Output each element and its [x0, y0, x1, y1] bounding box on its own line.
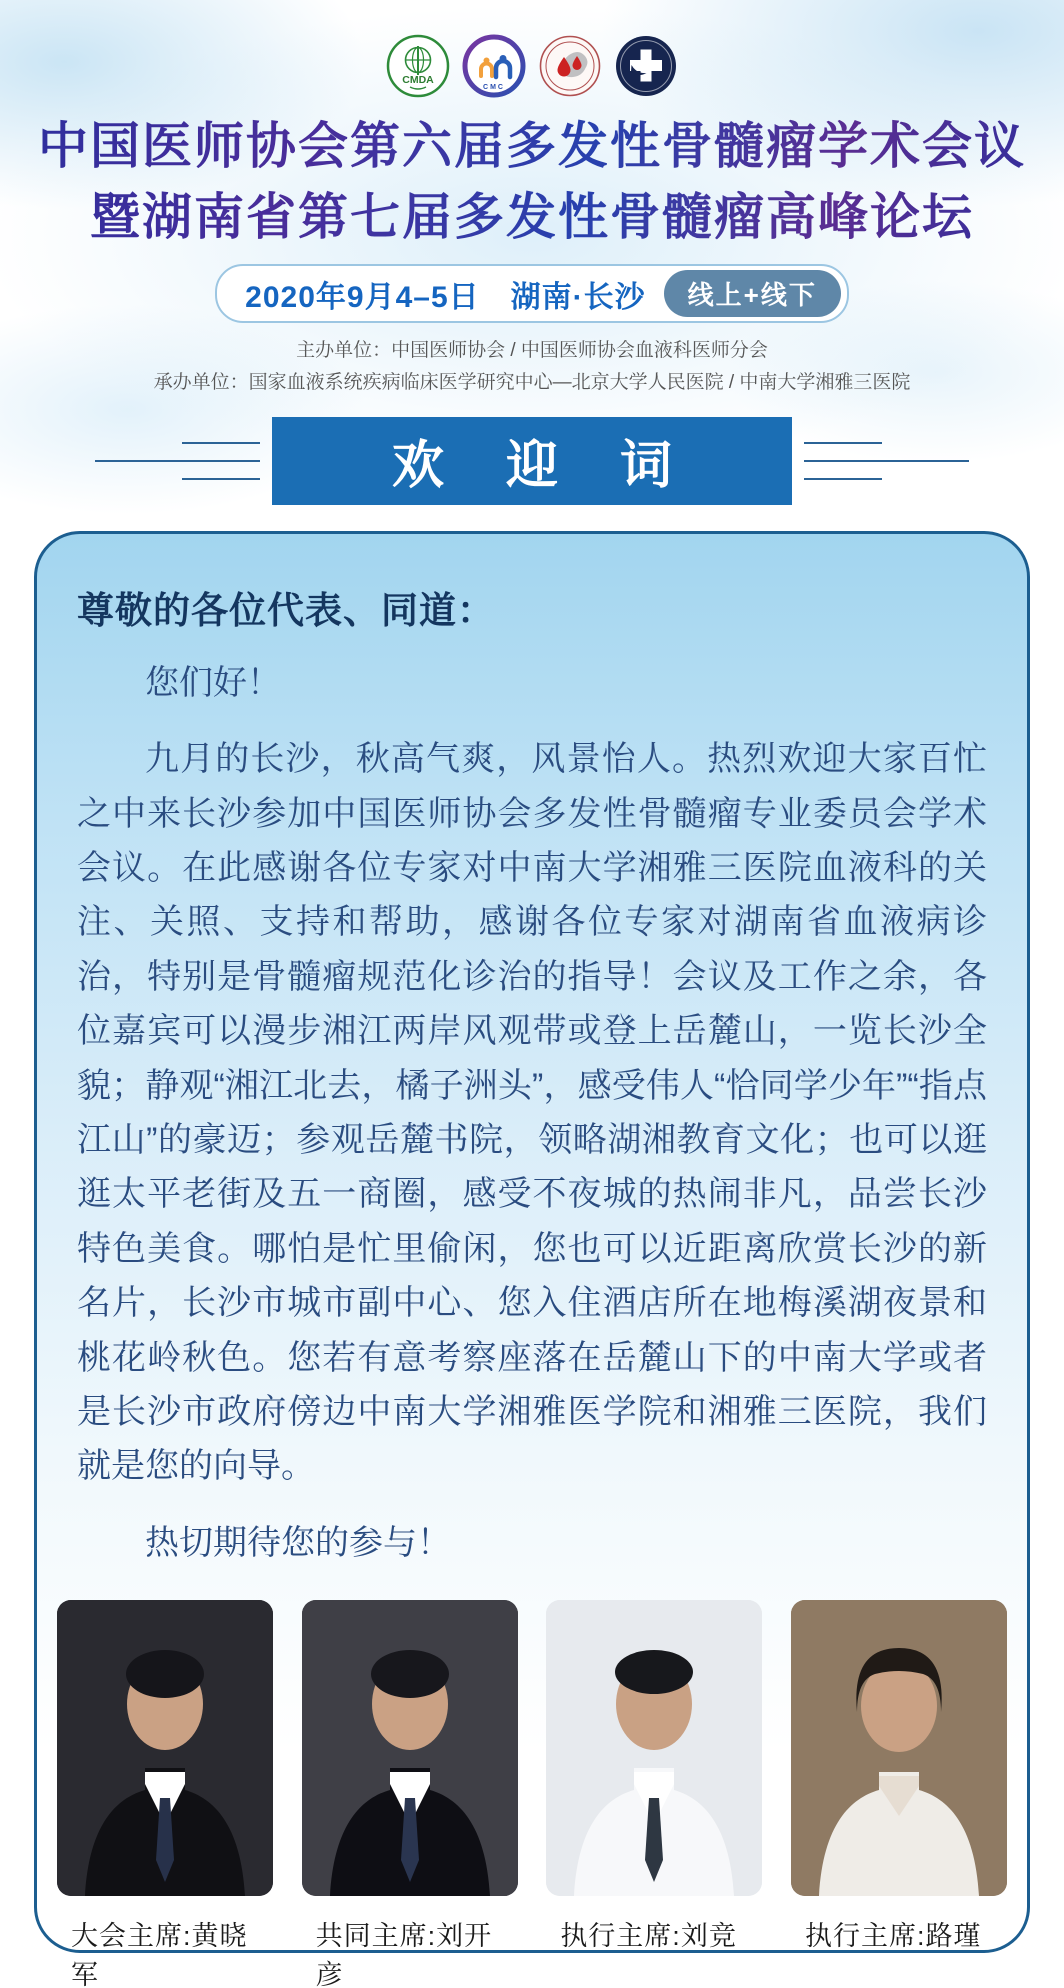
chair-caption: 共同主席:刘开彦: [302, 1914, 518, 1988]
welcome-letter-box: 尊敬的各位代表、同道： 您们好！ 九月的长沙，秋高气爽，风景怡人。热烈欢迎大家百…: [34, 531, 1030, 1953]
chair-card: 执行主席:刘竞: [546, 1600, 762, 1988]
chair-card: 执行主席:路瑾: [791, 1600, 1007, 1988]
portrait-silhouette-icon: [791, 1600, 1007, 1896]
organizer-line: 承办单位：国家血液系统疾病临床医学研究中心—北京大学人民医院 / 中南大学湘雅三…: [0, 367, 1064, 399]
chair-photo-liujing: [546, 1600, 762, 1896]
letter-paragraph-closing: 热切期待您的参与！: [77, 1516, 987, 1570]
welcome-banner-row: 欢迎词: [0, 417, 1064, 505]
chair-caption: 执行主席:路瑾: [791, 1914, 1007, 1953]
logos-row: CMDA CMC: [0, 0, 1064, 98]
portrait-silhouette-icon: [546, 1600, 762, 1896]
date-pill: 2020年9月4–5日 湖南·长沙 线上+线下: [215, 264, 849, 323]
chair-caption: 大会主席:黄晓军: [57, 1914, 273, 1988]
hematology-blood-center-logo-icon: [538, 34, 602, 98]
conference-title-line1: 中国医师协会第六届多发性骨髓瘤学术会议: [0, 110, 1064, 181]
salutation: 尊敬的各位代表、同道：: [77, 580, 987, 634]
chair-photo-lujin: [791, 1600, 1007, 1896]
host-line: 主办单位：中国医师协会 / 中国医师协会血液科医师分会: [0, 335, 1064, 367]
letter-paragraph-main: 九月的长沙，秋高气爽，风景怡人。热烈欢迎大家百忙之中来长沙参加中国医师协会多发性…: [77, 732, 987, 1493]
chairs-row: 大会主席:黄晓军 共同主席:刘开彦: [57, 1600, 1007, 1988]
conference-title: 中国医师协会第六届多发性骨髓瘤学术会议 暨湖南省第七届多发性骨髓瘤高峰论坛: [0, 110, 1064, 252]
conference-title-line2: 暨湖南省第七届多发性骨髓瘤高峰论坛: [0, 181, 1064, 252]
date-row: 2020年9月4–5日 湖南·长沙 线上+线下: [0, 264, 1064, 323]
online-offline-badge: 线上+线下: [664, 270, 841, 317]
organizer-block: 主办单位：中国医师协会 / 中国医师协会血液科医师分会 承办单位：国家血液系统疾…: [0, 335, 1064, 399]
chair-caption: 执行主席:刘竞: [546, 1914, 762, 1953]
date-location-text: 2020年9月4–5日 湖南·长沙: [245, 272, 645, 316]
chinese-myeloma-committee-logo-icon: CMC: [462, 34, 526, 98]
chair-photo-liukaiyan: [302, 1600, 518, 1896]
chair-photo-huangxiaojun: [57, 1600, 273, 1896]
conference-poster: CMDA CMC: [0, 0, 1064, 1988]
svg-text:CMC: CMC: [483, 84, 505, 91]
chair-card: 共同主席:刘开彦: [302, 1600, 518, 1988]
svg-text:CMDA: CMDA: [402, 74, 434, 86]
cmda-logo-icon: CMDA: [386, 34, 450, 98]
welcome-banner: 欢迎词: [272, 417, 792, 505]
portrait-silhouette-icon: [302, 1600, 518, 1896]
xiangya-hospital-logo-icon: [614, 34, 678, 98]
letter-paragraph-greeting: 您们好！: [77, 656, 987, 710]
chair-card: 大会主席:黄晓军: [57, 1600, 273, 1988]
banner-lines-left: [95, 442, 260, 480]
portrait-silhouette-icon: [57, 1600, 273, 1896]
banner-lines-right: [804, 442, 969, 480]
